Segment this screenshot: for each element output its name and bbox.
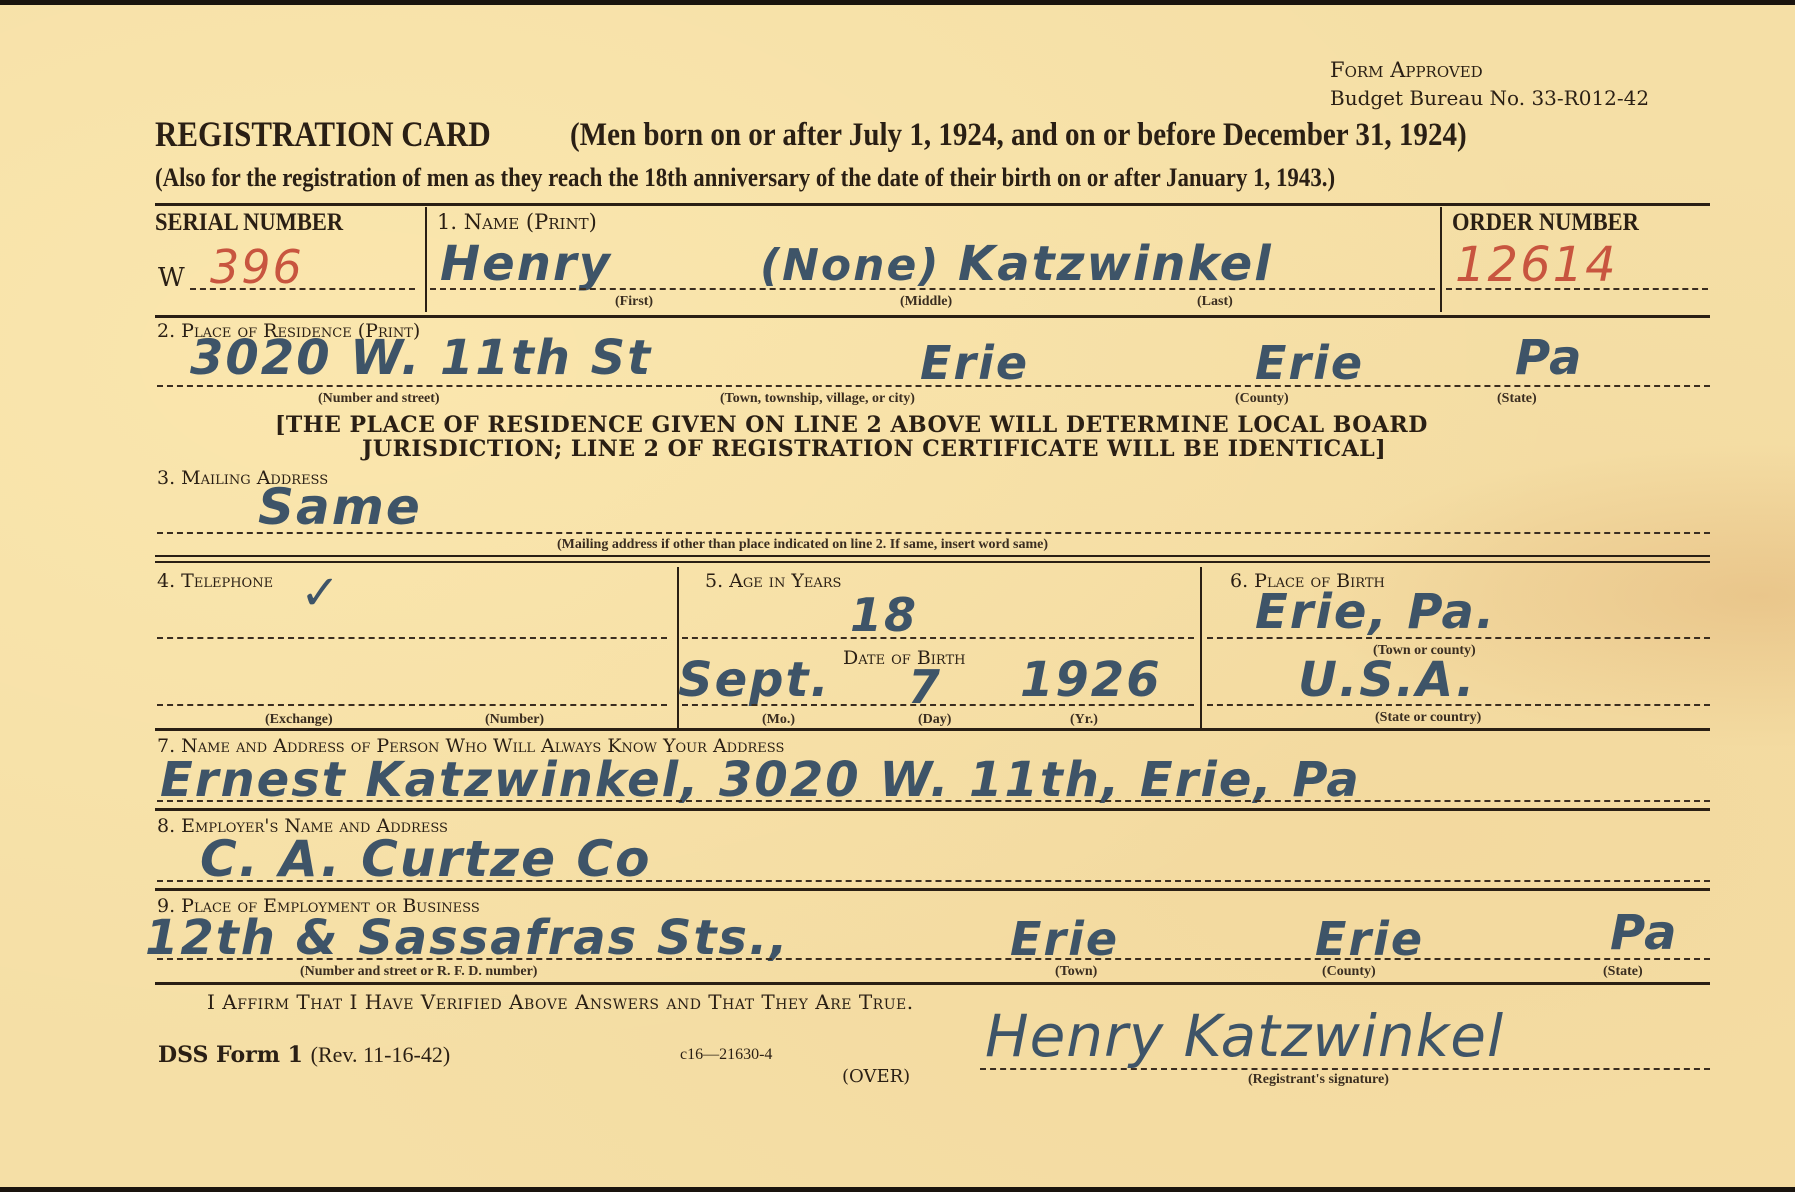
budget-bureau-number: Budget Bureau No. 33-R012-42 bbox=[1330, 86, 1649, 110]
residence-notice-line1: [THE PLACE OF RESIDENCE GIVEN ON LINE 2 … bbox=[275, 412, 1428, 438]
name-first-label: (First) bbox=[615, 294, 653, 310]
dob-line bbox=[682, 704, 1194, 706]
residence-street-value[interactable]: 3020 W. 11th St bbox=[190, 330, 652, 386]
employment-state-value[interactable]: Pa bbox=[1610, 905, 1679, 961]
dob-month-label: (Mo.) bbox=[762, 712, 795, 728]
birthplace-country-label: (State or country) bbox=[1375, 710, 1481, 726]
residence-line bbox=[157, 385, 1710, 387]
over-note: (OVER) bbox=[842, 1066, 910, 1087]
employment-line bbox=[157, 958, 1710, 960]
registration-card: Form Approved Budget Bureau No. 33-R012-… bbox=[0, 0, 1795, 1192]
telephone-label: 4. Telephone bbox=[157, 570, 273, 592]
dob-label: Date of Birth bbox=[843, 647, 966, 669]
registrant-signature[interactable]: Henry Katzwinkel bbox=[985, 1002, 1504, 1070]
signature-label: (Registrant's signature) bbox=[1248, 1072, 1389, 1088]
dob-month-value[interactable]: Sept. bbox=[678, 652, 831, 708]
employer-line bbox=[157, 880, 1710, 882]
form-revision: (Rev. 11-16-42) bbox=[311, 1042, 451, 1067]
signature-line bbox=[980, 1068, 1710, 1070]
serial-number-label: SERIAL NUMBER bbox=[155, 209, 343, 237]
residence-town-label: (Town, township, village, or city) bbox=[720, 391, 915, 407]
telephone-exchange-label: (Exchange) bbox=[265, 712, 333, 728]
rule-top bbox=[155, 203, 1710, 206]
residence-state-label: (State) bbox=[1497, 391, 1537, 407]
contact-line bbox=[157, 800, 1710, 802]
name-line bbox=[430, 288, 1435, 290]
affirmation-text: I Affirm That I Have Verified Above Answ… bbox=[207, 990, 914, 1014]
employment-town-label: (Town) bbox=[1055, 964, 1097, 980]
residence-notice-line2: JURISDICTION; LINE 2 OF REGISTRATION CER… bbox=[362, 436, 1386, 462]
mailing-note: (Mailing address if other than place ind… bbox=[557, 537, 1048, 553]
dob-day-label: (Day) bbox=[918, 712, 951, 728]
rule-3 bbox=[155, 728, 1710, 731]
birthplace-town-line bbox=[1207, 637, 1710, 639]
residence-town-value[interactable]: Erie bbox=[920, 336, 1029, 390]
form-id: DSS Form 1 (Rev. 11-16-42) bbox=[158, 1042, 450, 1068]
order-number-label: ORDER NUMBER bbox=[1452, 209, 1639, 237]
residence-county-value[interactable]: Erie bbox=[1255, 336, 1364, 390]
name-middle-label: (Middle) bbox=[900, 294, 952, 310]
telephone-line-1 bbox=[157, 637, 667, 639]
age-value[interactable]: 18 bbox=[850, 588, 918, 642]
form-id-text: DSS Form 1 bbox=[158, 1042, 303, 1068]
telephone-number-label: (Number) bbox=[485, 712, 544, 728]
age-label: 5. Age in Years bbox=[705, 570, 841, 592]
residence-state-value[interactable]: Pa bbox=[1515, 330, 1584, 386]
birthplace-divider bbox=[1200, 567, 1202, 729]
mailing-line bbox=[157, 532, 1710, 534]
employment-street-label: (Number and street or R. F. D. number) bbox=[300, 964, 537, 980]
form-approval: Form Approved bbox=[1330, 58, 1483, 82]
birthplace-town-value[interactable]: Erie, Pa. bbox=[1255, 584, 1496, 640]
dob-year-label: (Yr.) bbox=[1070, 712, 1098, 728]
serial-divider bbox=[425, 207, 427, 312]
order-divider bbox=[1440, 207, 1442, 312]
order-number-value[interactable]: 12614 bbox=[1455, 237, 1618, 293]
name-last-value[interactable]: Katzwinkel bbox=[958, 236, 1273, 292]
rule-2a bbox=[155, 555, 1710, 557]
mailing-value[interactable]: Same bbox=[258, 478, 422, 536]
order-line bbox=[1446, 288, 1708, 290]
name-last-label: (Last) bbox=[1197, 294, 1233, 310]
serial-number-value[interactable]: 396 bbox=[210, 240, 304, 294]
residence-street-label: (Number and street) bbox=[318, 391, 440, 407]
employment-state-label: (State) bbox=[1603, 964, 1643, 980]
rule-2b bbox=[155, 561, 1710, 563]
form-title: REGISTRATION CARD bbox=[155, 113, 491, 155]
name-middle-value[interactable]: (None) bbox=[760, 240, 940, 291]
serial-prefix: W bbox=[158, 263, 185, 293]
form-title-note: (Men born on or after July 1, 1924, and … bbox=[570, 117, 1467, 154]
telephone-value[interactable]: ✓ bbox=[300, 565, 342, 621]
form-subtitle: (Also for the registration of men as the… bbox=[155, 163, 1335, 193]
name-label: 1. Name (Print) bbox=[437, 210, 597, 234]
rule-6 bbox=[155, 982, 1710, 985]
age-line bbox=[682, 637, 1194, 639]
print-code: c16—21630-4 bbox=[680, 1046, 772, 1064]
serial-line bbox=[190, 288, 415, 290]
rule-1 bbox=[155, 315, 1710, 318]
scan-edge-top bbox=[0, 0, 1795, 5]
rule-5 bbox=[155, 888, 1710, 891]
scan-edge-bottom bbox=[0, 1187, 1795, 1192]
name-first-value[interactable]: Henry bbox=[440, 236, 612, 292]
employment-county-label: (County) bbox=[1322, 964, 1376, 980]
dob-year-value[interactable]: 1926 bbox=[1020, 652, 1162, 708]
residence-county-label: (County) bbox=[1235, 391, 1289, 407]
birthplace-country-line bbox=[1207, 704, 1710, 706]
rule-4 bbox=[155, 808, 1710, 811]
telephone-line-2 bbox=[157, 704, 667, 706]
birthplace-country-value[interactable]: U.S.A. bbox=[1298, 652, 1476, 708]
name-label-text: 1. Name (Print) bbox=[437, 210, 597, 234]
